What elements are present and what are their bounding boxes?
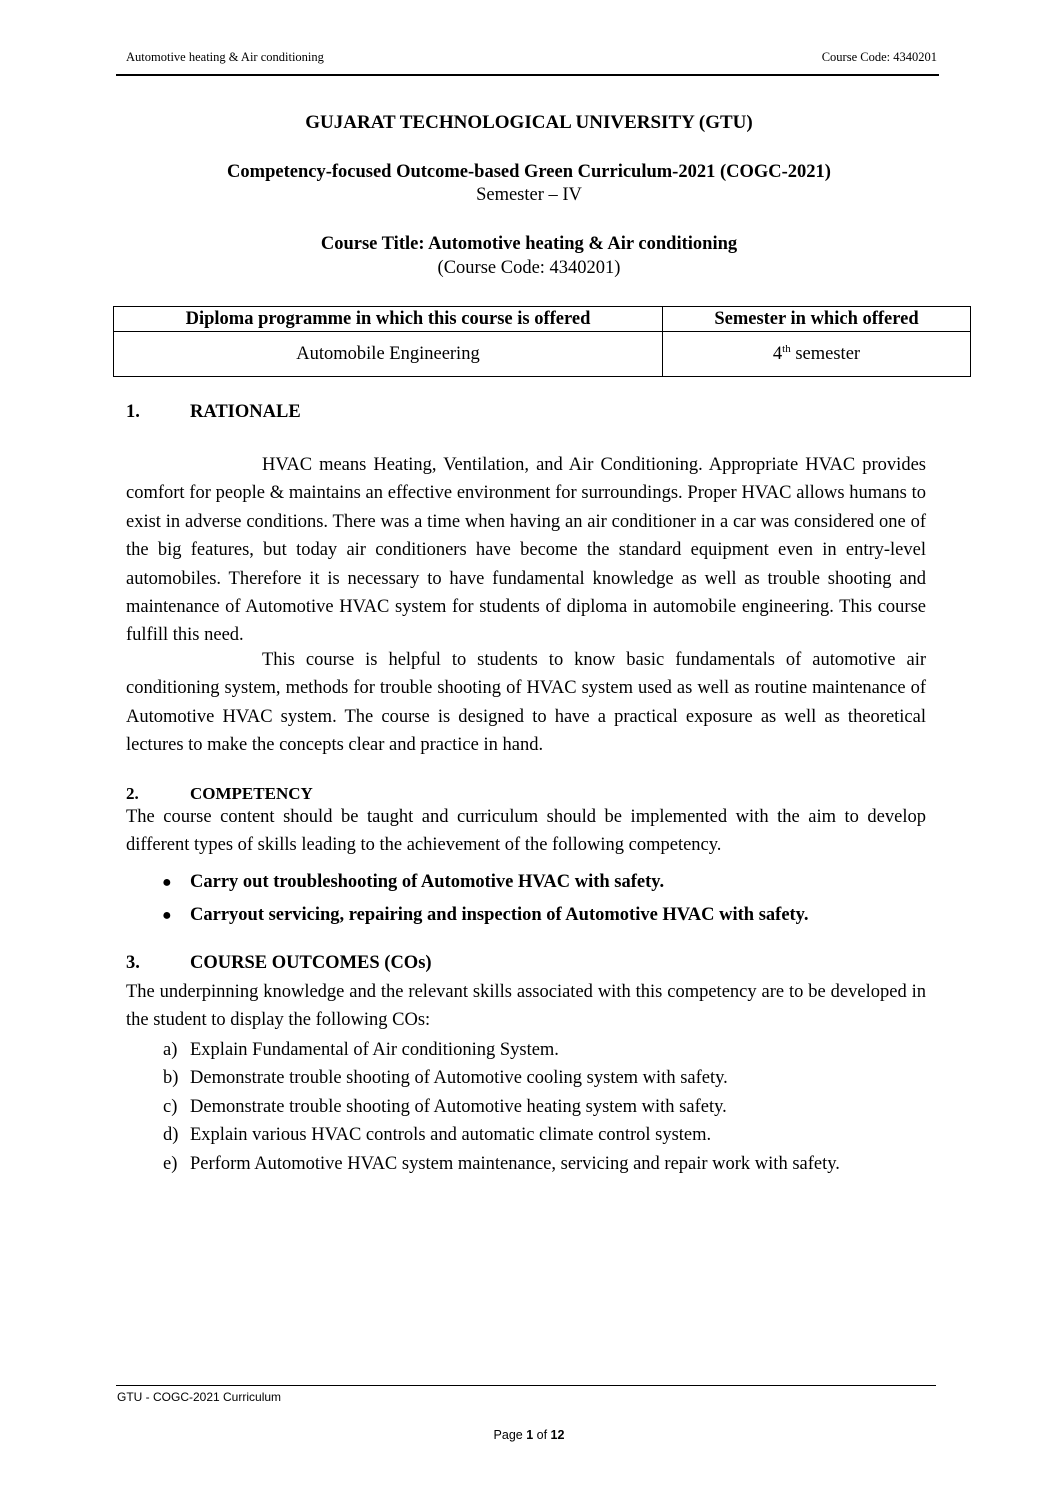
- course-code: (Course Code: 4340201): [0, 258, 1058, 279]
- outcome-label: d): [163, 1121, 190, 1149]
- page-number: Page 1 of 12: [0, 1428, 1058, 1442]
- paragraph-text: HVAC means Heating, Ventilation, and Air…: [126, 455, 926, 645]
- header-course-code: Course Code: 4340201: [822, 50, 937, 65]
- section-title: RATIONALE: [190, 402, 301, 422]
- outcome-text: Perform Automotive HVAC system maintenan…: [190, 1154, 840, 1174]
- semester-label: Semester – IV: [0, 185, 1058, 206]
- programme-table: Diploma programme in which this course i…: [113, 306, 971, 377]
- outcome-label: e): [163, 1150, 190, 1178]
- outcome-text: Demonstrate trouble shooting of Automoti…: [190, 1097, 727, 1117]
- table-header-semester: Semester in which offered: [663, 307, 971, 332]
- competency-list: ●Carry out troubleshooting of Automotive…: [162, 866, 809, 932]
- course-title: Course Title: Automotive heating & Air c…: [0, 234, 1058, 255]
- section-number: 3.: [126, 953, 190, 974]
- semester-number: 4: [773, 344, 782, 364]
- list-item: a)Explain Fundamental of Air conditionin…: [163, 1036, 840, 1064]
- table-header-programme: Diploma programme in which this course i…: [114, 307, 663, 332]
- page-total: 12: [551, 1428, 565, 1442]
- footer-curriculum-label: GTU - COGC-2021 Curriculum: [117, 1390, 281, 1404]
- competency-intro: The course content should be taught and …: [126, 803, 926, 860]
- header-divider: [116, 74, 939, 76]
- semester-ordinal: th: [782, 343, 791, 355]
- rationale-paragraph-2: This course is helpful to students to kn…: [126, 646, 926, 760]
- page-prefix: Page: [494, 1428, 527, 1442]
- outcome-label: a): [163, 1036, 190, 1064]
- page-header: Automotive heating & Air conditioning Co…: [126, 50, 937, 65]
- table-header-row: Diploma programme in which this course i…: [114, 307, 971, 332]
- section-number: 2.: [126, 784, 190, 804]
- rationale-paragraph-1: HVAC means Heating, Ventilation, and Air…: [126, 451, 926, 650]
- semester-cell: 4th semester: [663, 332, 971, 377]
- page-of: of: [533, 1428, 550, 1442]
- table-row: Automobile Engineering 4th semester: [114, 332, 971, 377]
- course-outcomes-intro: The underpinning knowledge and the relev…: [126, 978, 926, 1035]
- course-outcomes-list: a)Explain Fundamental of Air conditionin…: [163, 1036, 840, 1178]
- bullet-icon: ●: [162, 866, 172, 899]
- document-page: Automotive heating & Air conditioning Co…: [0, 0, 1058, 1497]
- outcome-label: c): [163, 1093, 190, 1121]
- list-item: d)Explain various HVAC controls and auto…: [163, 1121, 840, 1149]
- list-item: ●Carryout servicing, repairing and inspe…: [162, 899, 809, 932]
- list-item: c)Demonstrate trouble shooting of Automo…: [163, 1093, 840, 1121]
- list-item: b)Demonstrate trouble shooting of Automo…: [163, 1064, 840, 1092]
- section-heading-rationale: 1.RATIONALE: [126, 402, 301, 423]
- section-heading-competency: 2.COMPETENCY: [126, 784, 313, 804]
- bullet-icon: ●: [162, 899, 172, 932]
- footer-divider: [116, 1385, 936, 1386]
- curriculum-title: Competency-focused Outcome-based Green C…: [0, 162, 1058, 183]
- competency-text: Carry out troubleshooting of Automotive …: [190, 872, 664, 892]
- list-item: e)Perform Automotive HVAC system mainten…: [163, 1150, 840, 1178]
- university-title: GUJARAT TECHNOLOGICAL UNIVERSITY (GTU): [0, 112, 1058, 134]
- outcome-text: Explain various HVAC controls and automa…: [190, 1125, 711, 1145]
- outcome-label: b): [163, 1064, 190, 1092]
- section-title: COURSE OUTCOMES (COs): [190, 953, 432, 973]
- paragraph-text: This course is helpful to students to kn…: [126, 650, 926, 755]
- section-number: 1.: [126, 402, 190, 423]
- programme-cell: Automobile Engineering: [114, 332, 663, 377]
- section-heading-course-outcomes: 3.COURSE OUTCOMES (COs): [126, 953, 432, 974]
- outcome-text: Explain Fundamental of Air conditioning …: [190, 1040, 559, 1060]
- list-item: ●Carry out troubleshooting of Automotive…: [162, 866, 809, 899]
- outcome-text: Demonstrate trouble shooting of Automoti…: [190, 1068, 728, 1088]
- competency-text: Carryout servicing, repairing and inspec…: [190, 905, 809, 925]
- semester-word: semester: [791, 344, 860, 364]
- header-course-name: Automotive heating & Air conditioning: [126, 50, 324, 65]
- section-title: COMPETENCY: [190, 784, 313, 803]
